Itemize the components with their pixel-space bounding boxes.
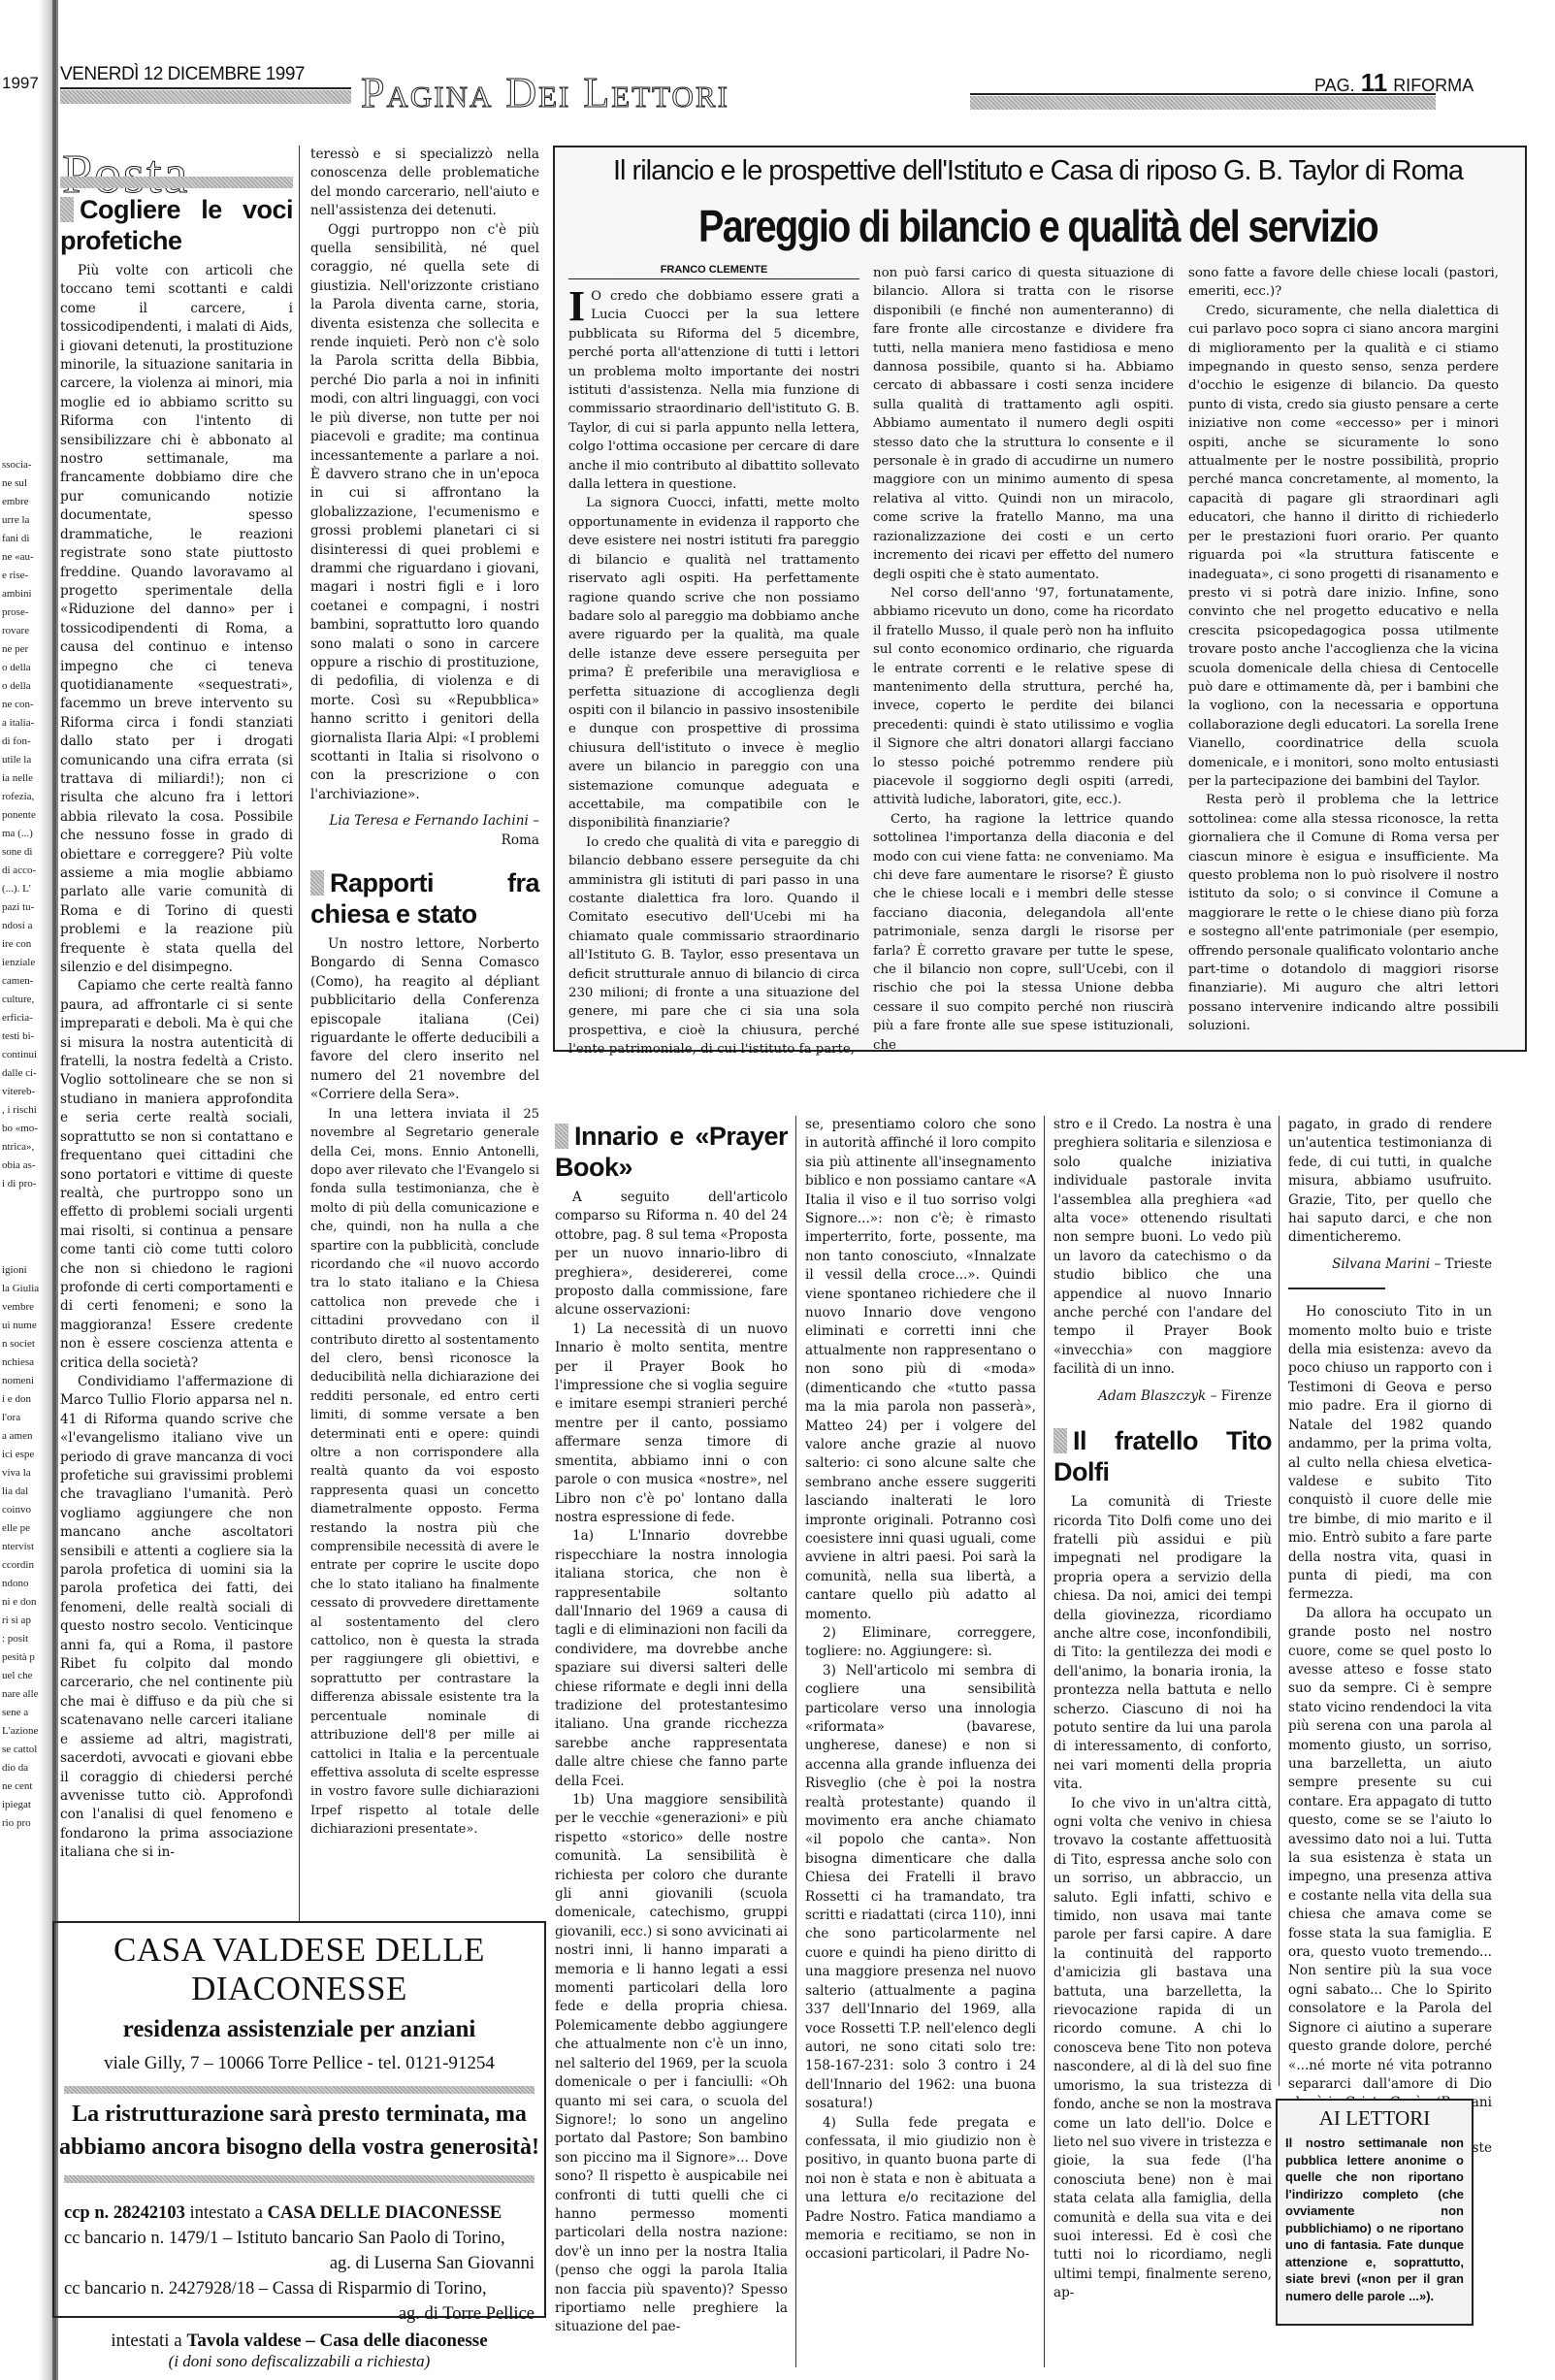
dolfi-paragraph: La comunità di Trieste ricorda Tito Dolf… bbox=[1053, 1493, 1272, 1795]
headline-marker-icon bbox=[555, 1124, 568, 1149]
feature-paragraph: La signora Cuocci, infatti, mette molto … bbox=[568, 494, 859, 832]
ad-bank-branch-2: ag. di Torre Pellice bbox=[54, 2301, 544, 2327]
innario-paragraph: stro e il Credo. La nostra è una preghie… bbox=[1053, 1116, 1272, 1380]
ad-holders: intestati a Tavola valdese – Casa delle … bbox=[54, 2331, 544, 2352]
innario-paragraph: 2) Eliminare, correggere, togliere: no. … bbox=[805, 1624, 1036, 1662]
feature-paragraph: sono fatte a favore delle chiese locali … bbox=[1188, 264, 1499, 302]
column-divider bbox=[795, 1116, 796, 2367]
feature-headline: Pareggio di bilancio e qualità del servi… bbox=[621, 200, 1455, 252]
publication-name: RIFORMA bbox=[1393, 76, 1474, 95]
headline-marker-icon bbox=[1053, 1428, 1067, 1453]
dolfi-paragraph: Io che vivo in un'altra città, ogni volt… bbox=[1053, 1795, 1272, 2303]
feature-kicker: Il rilancio e le prospettive dell'Istitu… bbox=[553, 155, 1523, 187]
headline-marker-icon bbox=[310, 870, 324, 896]
innario-paragraph: se, presentiamo coloro che sono in autor… bbox=[805, 1116, 1036, 1624]
headline-marker-icon bbox=[60, 197, 74, 222]
dolfi-paragraph: Da allora ha occupato un grande posto ne… bbox=[1288, 1605, 1492, 2132]
ad-bank-account-1: cc bancario n. 1479/1 – Istituto bancari… bbox=[54, 2226, 544, 2251]
dolfi-headline: Il fratello Tito Dolfi bbox=[1053, 1425, 1272, 1487]
header-band-right bbox=[970, 96, 1436, 110]
section-separator bbox=[1288, 1288, 1385, 1289]
ad-subtitle: residenza assistenziale per anziani bbox=[54, 2016, 544, 2043]
issue-date: VENERDÌ 12 DICEMBRE 1997 bbox=[60, 64, 305, 85]
feature-paragraph: O credo che dobbiamo essere grati a Luci… bbox=[568, 289, 859, 492]
header-rule-left bbox=[60, 87, 351, 89]
drop-cap: I bbox=[568, 289, 585, 324]
innario-paragraph: 1b) Una maggiore sensibilità per le vecc… bbox=[555, 1791, 788, 2337]
feature-paragraph: Credo, sicuramente, che nella dialettica… bbox=[1188, 302, 1499, 792]
ad-band bbox=[64, 2175, 535, 2183]
ad-bank-branch-1: ag. di Luserna San Giovanni bbox=[54, 2251, 544, 2276]
letter1-paragraph: Più volte con articoli che toccano temi … bbox=[60, 262, 293, 977]
innario-column-2: se, presentiamo coloro che sono in autor… bbox=[805, 1116, 1036, 2265]
ad-bank-account-2: cc bancario n. 2427928/18 – Cassa di Ris… bbox=[54, 2276, 544, 2301]
page-number: 11 bbox=[1361, 68, 1388, 97]
column-divider bbox=[299, 146, 300, 1921]
feature-paragraph: Nel corso dell'anno '97, fortunatamente,… bbox=[873, 584, 1174, 810]
letter1-paragraph: teressò e si specializzò nella conoscenz… bbox=[310, 146, 539, 221]
letter-prophetic-voices: Cogliere le voci profetiche Più volte co… bbox=[60, 194, 293, 1863]
letter1-continuation: teressò e si specializzò nella conoscenz… bbox=[310, 146, 539, 1840]
byline-rule bbox=[568, 278, 859, 279]
letter2-headline: Rapporti fra chiesa e stato bbox=[310, 867, 539, 929]
letter2-paragraph: In una lettera inviata il 25 novembre al… bbox=[310, 1105, 539, 1840]
prev-page-year: 1997 bbox=[2, 74, 39, 93]
ad-tax-note: (i doni sono defiscalizzabili a richiest… bbox=[54, 2352, 544, 2371]
posta-band bbox=[60, 177, 293, 188]
dolfi-paragraph: pagato, in grado di rendere un'autentica… bbox=[1288, 1116, 1492, 1248]
feature-paragraph: Certo, ha ragione la lettrice quando sot… bbox=[873, 810, 1174, 1055]
column-divider bbox=[1279, 1116, 1280, 2086]
ad-address: viale Gilly, 7 – 10066 Torre Pellice - t… bbox=[54, 2053, 544, 2074]
page-label: PAG. bbox=[1314, 76, 1355, 95]
letter1-signature: Lia Teresa e Fernando Iachini – Roma bbox=[310, 812, 539, 850]
feature-column-2: non può farsi carico di questa situazion… bbox=[873, 264, 1174, 1055]
page-indicator: PAG.11RIFORMA bbox=[1314, 68, 1474, 98]
innario-headline: Innario e «Prayer Book» bbox=[555, 1121, 788, 1183]
ad-title: CASA VALDESE DELLE DIACONESSE bbox=[54, 1931, 544, 2008]
letter1-paragraph: Capiamo che certe realtà fanno paura, ad… bbox=[60, 977, 293, 1373]
dolfi-paragraph: Ho conosciuto Tito in un momento molto b… bbox=[1288, 1303, 1492, 1605]
prev-page-column-a: ssocia- ne sul embre urre la fani di ne … bbox=[2, 456, 52, 1193]
letter1-paragraph: Oggi purtroppo non c'è più quella sensib… bbox=[310, 221, 539, 805]
feature-byline: FRANCO CLEMENTE bbox=[568, 264, 859, 276]
ad-band bbox=[64, 2086, 535, 2094]
header-band-left bbox=[60, 90, 351, 104]
innario-signature: Adam Blaszczyk – Firenze bbox=[1053, 1387, 1272, 1406]
prev-page-column-b: igioni la Giulia vembre ui nume n societ… bbox=[2, 1261, 52, 1833]
diaconesse-advertisement: CASA VALDESE DELLE DIACONESSE residenza … bbox=[52, 1921, 546, 2318]
notice-title: AI LETTORI bbox=[1278, 2106, 1472, 2131]
feature-paragraph: Resta però il problema che la lettrice s… bbox=[1188, 791, 1499, 1035]
column-divider bbox=[1044, 1116, 1045, 2367]
dolfi-column-2: pagato, in grado di rendere un'autentica… bbox=[1288, 1116, 1492, 2159]
dolfi-signature-1: Silvana Marini – Trieste bbox=[1288, 1255, 1492, 1274]
innario-paragraph: 3) Nell'articolo mi sembra di cogliere u… bbox=[805, 1662, 1036, 2114]
innario-paragraph: 1a) L'Innario dovrebbe rispecchiare la n… bbox=[555, 1527, 788, 1791]
letter2-paragraph: Un nostro lettore, Norberto Bongardo di … bbox=[310, 935, 539, 1105]
ad-appeal-line-2: abbiamo ancora bisogno della vostra gene… bbox=[54, 2131, 544, 2164]
innario-paragraph: 4) Sulla fede pregata e confessata, il m… bbox=[805, 2114, 1036, 2265]
letter1-headline: Cogliere le voci profetiche bbox=[60, 194, 293, 256]
feature-column-1: IO credo che dobbiamo essere grati a Luc… bbox=[568, 287, 859, 1060]
section-title: Pagina Dei Lettori bbox=[361, 68, 729, 117]
feature-column-3: sono fatte a favore delle chiese locali … bbox=[1188, 264, 1499, 1036]
ai-lettori-notice: AI LETTORI Il nostro settimanale non pub… bbox=[1276, 2099, 1474, 2326]
innario-paragraph: A seguito dell'articolo comparso su Rifo… bbox=[555, 1189, 788, 1320]
ad-ccp: ccp n. 28242103 intestato a CASA DELLE D… bbox=[54, 2201, 544, 2226]
innario-paragraph: 1) La necessità di un nuovo Innario è mo… bbox=[555, 1320, 788, 1527]
feature-paragraph: Io credo che qualità di vita e pareggio … bbox=[568, 833, 859, 1060]
feature-paragraph: non può farsi carico di questa situazion… bbox=[873, 264, 1174, 584]
letter-innario: Innario e «Prayer Book» A seguito dell'a… bbox=[555, 1121, 788, 2337]
ad-appeal-line-1: La ristrutturazione sarà presto terminat… bbox=[54, 2098, 544, 2131]
letter1-paragraph: Condividiamo l'affermazione di Marco Tul… bbox=[60, 1373, 293, 1863]
notice-body: Il nostro settimanale non pubblica lette… bbox=[1278, 2131, 1472, 2308]
innario-column-3: stro e il Credo. La nostra è una preghie… bbox=[1053, 1116, 1272, 2303]
